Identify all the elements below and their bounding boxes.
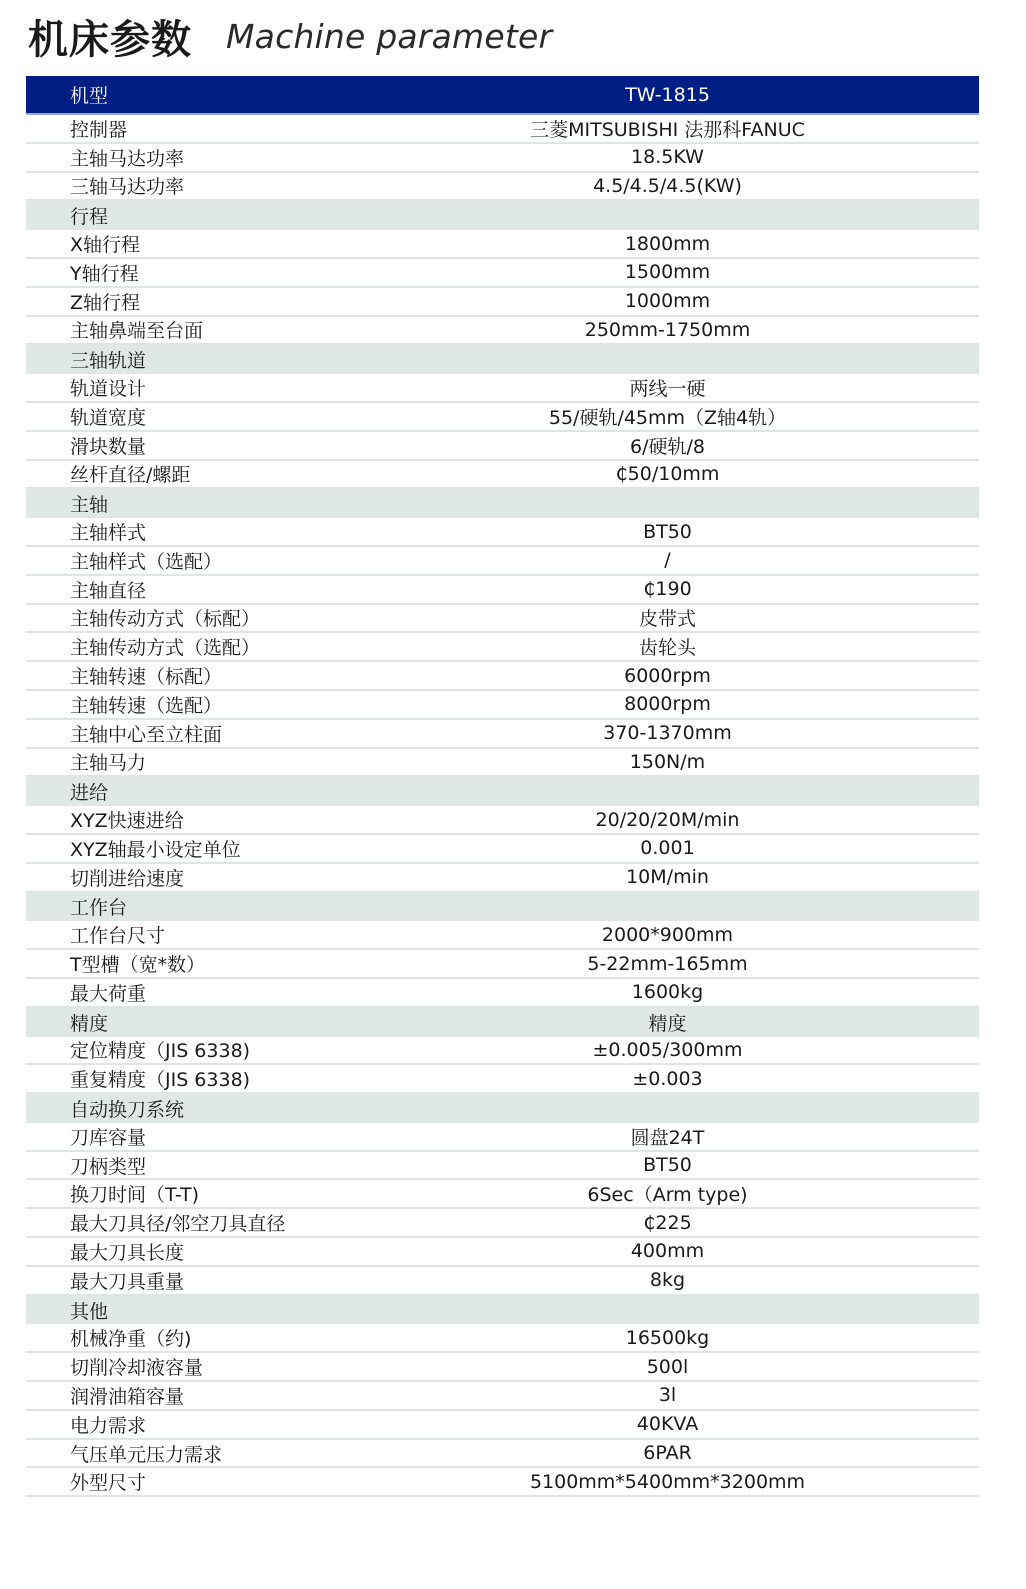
- parameter-label: Z轴行程: [70, 288, 140, 315]
- table-row: XYZ快速进给20/20/20M/min: [26, 806, 979, 835]
- parameter-value: 20/20/20M/min: [356, 809, 979, 831]
- parameter-label: 主轴转速（选配）: [70, 691, 222, 718]
- table-row: 电力需求40KVA: [26, 1411, 979, 1440]
- parameter-value: 精度: [356, 1009, 979, 1036]
- parameter-label: 控制器: [70, 115, 127, 142]
- parameter-value: 三菱MITSUBISHI 法那科FANUC: [356, 115, 979, 142]
- table-row: 重复精度（JIS 6338)±0.003: [26, 1065, 979, 1094]
- page-title-cn: 机床参数: [28, 8, 192, 65]
- table-row: 气压单元压力需求6PAR: [26, 1440, 979, 1469]
- table-row: 工作台尺寸2000*900mm: [26, 921, 979, 950]
- parameter-value: 8kg: [356, 1269, 979, 1291]
- section-header-row: 工作台: [26, 893, 979, 922]
- table-row: 轨道宽度55/硬轨/45mm（Z轴4轨）: [26, 403, 979, 432]
- header-label: 机型: [70, 81, 108, 108]
- table-row: 刀柄类型BT50: [26, 1152, 979, 1181]
- table-row: 主轴马达功率18.5KW: [26, 144, 979, 173]
- parameter-label: X轴行程: [70, 230, 140, 257]
- parameter-value: 齿轮头: [356, 633, 979, 660]
- parameter-value: 370-1370mm: [356, 722, 979, 744]
- parameter-label: T型槽（宽*数）: [70, 950, 205, 977]
- table-row: 滑块数量6/硬轨/8: [26, 432, 979, 461]
- parameter-label: 主轴鼻端至台面: [70, 316, 203, 343]
- table-row: 最大刀具径/邻空刀具直径₵225: [26, 1209, 979, 1238]
- table-body: 控制器三菱MITSUBISHI 法那科FANUC主轴马达功率18.5KW三轴马达…: [26, 115, 979, 1497]
- parameter-value: BT50: [356, 1154, 979, 1176]
- parameter-label: 刀柄类型: [70, 1152, 146, 1179]
- parameter-value: 400mm: [356, 1240, 979, 1262]
- parameter-value: 两线一硬: [356, 374, 979, 401]
- section-header-row: 精度精度: [26, 1008, 979, 1037]
- table-row: 主轴样式BT50: [26, 518, 979, 547]
- table-row: 机械净重（约)16500kg: [26, 1324, 979, 1353]
- parameter-label: 机械净重（约): [70, 1324, 191, 1351]
- parameter-label: 最大刀具径/邻空刀具直径: [70, 1209, 285, 1236]
- page-title-en: Machine parameter: [226, 17, 552, 56]
- parameter-value: ₵50/10mm: [356, 463, 979, 485]
- table-row: 主轴马力150N/m: [26, 749, 979, 778]
- parameter-value: 1500mm: [356, 261, 979, 283]
- parameter-value: 6000rpm: [356, 665, 979, 687]
- parameter-value: 250mm-1750mm: [356, 319, 979, 341]
- parameter-value: 3l: [356, 1384, 979, 1406]
- table-row: 最大刀具长度400mm: [26, 1238, 979, 1267]
- table-row: 刀库容量圆盘24T: [26, 1123, 979, 1152]
- parameter-label: 换刀时间（T-T): [70, 1180, 199, 1207]
- section-title: 精度: [70, 1009, 108, 1036]
- parameter-label: 切削冷却液容量: [70, 1353, 203, 1380]
- parameter-label: 刀库容量: [70, 1123, 146, 1150]
- parameter-value: ±0.005/300mm: [356, 1039, 979, 1061]
- table-row: 润滑油箱容量3l: [26, 1382, 979, 1411]
- parameter-label: 气压单元压力需求: [70, 1440, 222, 1467]
- table-row: 主轴鼻端至台面250mm-1750mm: [26, 317, 979, 346]
- table-row: 主轴转速（选配）8000rpm: [26, 691, 979, 720]
- parameter-label: XYZ轴最小设定单位: [70, 835, 241, 862]
- table-row: 最大荷重1600kg: [26, 979, 979, 1008]
- table-row: 主轴转速（标配）6000rpm: [26, 662, 979, 691]
- table-row: 主轴传动方式（标配）皮带式: [26, 605, 979, 634]
- parameter-label: 定位精度（JIS 6338): [70, 1036, 250, 1063]
- parameter-value: 6Sec（Arm type): [356, 1180, 979, 1207]
- section-header-row: 其他: [26, 1296, 979, 1325]
- parameter-label: 轨道宽度: [70, 403, 146, 430]
- parameter-label: 主轴样式: [70, 518, 146, 545]
- parameter-label: 主轴转速（标配）: [70, 662, 222, 689]
- section-header-row: 行程: [26, 201, 979, 230]
- table-row: 轨道设计两线一硬: [26, 374, 979, 403]
- header-model-value: TW-1815: [356, 84, 979, 106]
- table-row: 主轴中心至立柱面370-1370mm: [26, 720, 979, 749]
- parameter-label: 滑块数量: [70, 432, 146, 459]
- parameter-value: 2000*900mm: [356, 924, 979, 946]
- parameter-value: ±0.003: [356, 1068, 979, 1090]
- table-row: 主轴样式（选配）/: [26, 547, 979, 576]
- table-row: 三轴马达功率4.5/4.5/4.5(KW): [26, 173, 979, 202]
- parameter-value: 6PAR: [356, 1442, 979, 1464]
- parameter-value: 1000mm: [356, 290, 979, 312]
- parameter-value: 6/硬轨/8: [356, 432, 979, 459]
- parameter-value: 皮带式: [356, 604, 979, 631]
- page-title: 机床参数 Machine parameter: [28, 8, 552, 64]
- parameter-label: 主轴马达功率: [70, 144, 184, 171]
- parameter-value: 1600kg: [356, 981, 979, 1003]
- section-title: 三轴轨道: [70, 346, 146, 373]
- parameter-label: 主轴传动方式（选配）: [70, 633, 260, 660]
- parameter-label: 主轴马力: [70, 748, 146, 775]
- table-row: 切削冷却液容量500l: [26, 1353, 979, 1382]
- parameter-value: /: [356, 549, 979, 571]
- parameter-value: 0.001: [356, 837, 979, 859]
- parameter-value: 8000rpm: [356, 693, 979, 715]
- parameter-label: XYZ快速进给: [70, 806, 184, 833]
- table-row: 定位精度（JIS 6338)±0.005/300mm: [26, 1037, 979, 1066]
- parameter-value: 10M/min: [356, 866, 979, 888]
- parameter-label: 最大刀具重量: [70, 1267, 184, 1294]
- parameter-label: 轨道设计: [70, 374, 146, 401]
- parameter-value: 5100mm*5400mm*3200mm: [356, 1471, 979, 1493]
- table-row: Z轴行程1000mm: [26, 288, 979, 317]
- parameter-value: ₵190: [356, 578, 979, 600]
- section-header-row: 进给: [26, 777, 979, 806]
- parameter-value: BT50: [356, 521, 979, 543]
- parameter-value: 5-22mm-165mm: [356, 953, 979, 975]
- parameter-label: 最大荷重: [70, 979, 146, 1006]
- table-row: 换刀时间（T-T)6Sec（Arm type): [26, 1180, 979, 1209]
- table-row: Y轴行程1500mm: [26, 259, 979, 288]
- section-title: 进给: [70, 778, 108, 805]
- parameter-label: 三轴马达功率: [70, 172, 184, 199]
- parameter-label: 主轴传动方式（标配）: [70, 604, 260, 631]
- parameter-value: 1800mm: [356, 233, 979, 255]
- parameter-label: 最大刀具长度: [70, 1238, 184, 1265]
- section-title: 工作台: [70, 893, 127, 920]
- table-row: 控制器三菱MITSUBISHI 法那科FANUC: [26, 115, 979, 144]
- parameter-value: 40KVA: [356, 1413, 979, 1435]
- table-row: 主轴直径₵190: [26, 576, 979, 605]
- parameter-value: 500l: [356, 1356, 979, 1378]
- table-row: 最大刀具重量8kg: [26, 1267, 979, 1296]
- parameter-label: 主轴中心至立柱面: [70, 720, 222, 747]
- section-header-row: 三轴轨道: [26, 345, 979, 374]
- parameter-label: 电力需求: [70, 1411, 146, 1438]
- section-title: 主轴: [70, 490, 108, 517]
- parameter-value: 16500kg: [356, 1327, 979, 1349]
- machine-parameter-table: 机型 TW-1815 控制器三菱MITSUBISHI 法那科FANUC主轴马达功…: [26, 76, 979, 1497]
- section-header-row: 主轴: [26, 489, 979, 518]
- parameter-value: 18.5KW: [356, 146, 979, 168]
- parameter-label: 主轴直径: [70, 576, 146, 603]
- section-title: 行程: [70, 202, 108, 229]
- parameter-value: 55/硬轨/45mm（Z轴4轨）: [356, 403, 979, 430]
- parameter-label: Y轴行程: [70, 259, 139, 286]
- parameter-value: 圆盘24T: [356, 1123, 979, 1150]
- parameter-value: 4.5/4.5/4.5(KW): [356, 175, 979, 197]
- parameter-label: 工作台尺寸: [70, 921, 165, 948]
- parameter-label: 润滑油箱容量: [70, 1382, 184, 1409]
- parameter-label: 主轴样式（选配）: [70, 547, 222, 574]
- table-header-row: 机型 TW-1815: [26, 76, 979, 115]
- parameter-label: 外型尺寸: [70, 1468, 146, 1495]
- section-title: 其他: [70, 1297, 108, 1324]
- table-row: X轴行程1800mm: [26, 230, 979, 259]
- table-row: 外型尺寸5100mm*5400mm*3200mm: [26, 1468, 979, 1497]
- parameter-value: ₵225: [356, 1212, 979, 1234]
- table-row: T型槽（宽*数）5-22mm-165mm: [26, 950, 979, 979]
- table-row: 丝杆直径/螺距₵50/10mm: [26, 461, 979, 490]
- parameter-label: 丝杆直径/螺距: [70, 460, 190, 487]
- table-row: 切削进给速度10M/min: [26, 864, 979, 893]
- table-row: 主轴传动方式（选配）齿轮头: [26, 633, 979, 662]
- parameter-label: 重复精度（JIS 6338): [70, 1065, 250, 1092]
- parameter-label: 切削进给速度: [70, 864, 184, 891]
- section-header-row: 自动换刀系统: [26, 1094, 979, 1123]
- table-row: XYZ轴最小设定单位0.001: [26, 835, 979, 864]
- parameter-value: 150N/m: [356, 751, 979, 773]
- section-title: 自动换刀系统: [70, 1095, 184, 1122]
